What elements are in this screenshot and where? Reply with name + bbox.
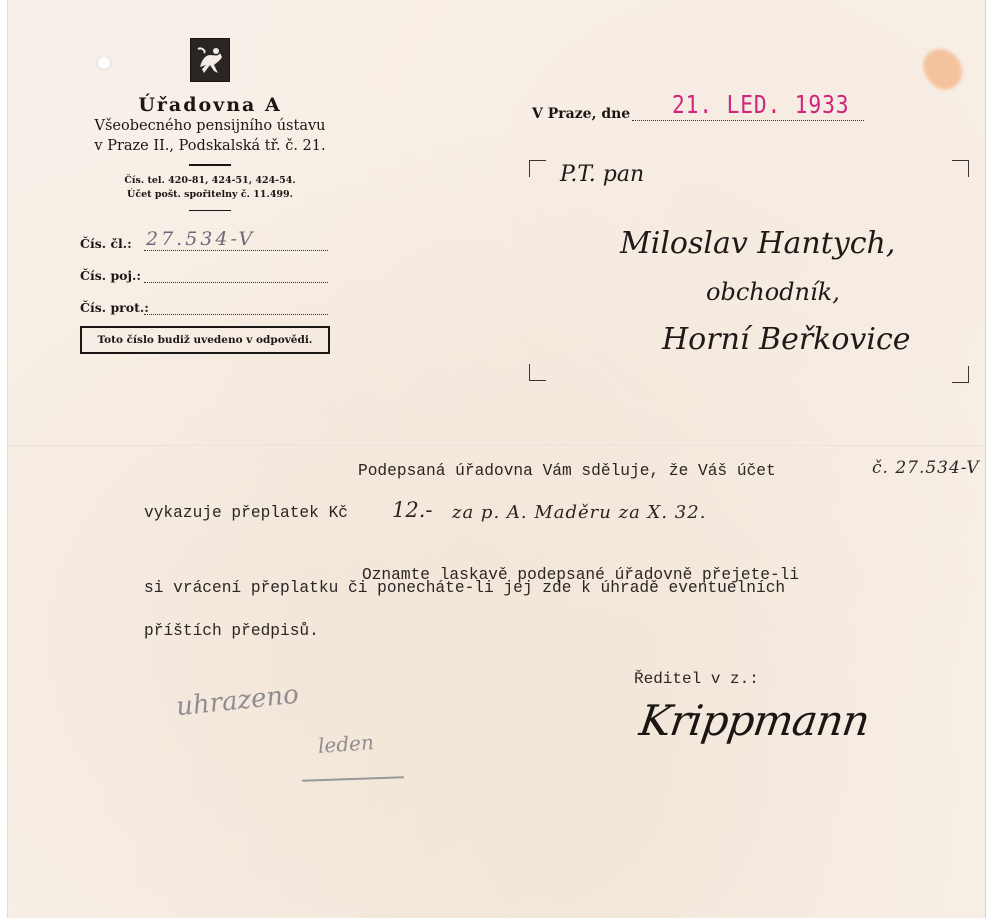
dotted-line [144, 250, 328, 251]
handwritten-amount: 12.- [392, 498, 433, 522]
body-line-5: příštích předpisů. [144, 622, 319, 640]
field-cis-cl: Čís. čl.: 27.534-V [80, 236, 328, 268]
address-corner-top-right [952, 160, 969, 177]
signatory-title: Ředitel v z.: [634, 670, 759, 688]
field-label: Čís. prot.: [80, 300, 149, 315]
office-title: Úřadovna A [60, 94, 360, 116]
address-corner-bottom-right [952, 366, 969, 383]
address-occupation: obchodník, [706, 278, 840, 306]
handwritten-note: za p. A. Maděru za X. 32. [452, 502, 706, 523]
address-corner-top-left [529, 160, 546, 177]
dotted-line [144, 314, 328, 315]
phone-numbers: Čís. tel. 420-81, 424-51, 424-54. [60, 174, 360, 188]
field-label: Čís. poj.: [80, 268, 141, 283]
body-line-2: vykazuje přeplatek Kč [144, 504, 348, 522]
coat-of-arms-lion-icon [190, 38, 230, 82]
paper-fold-line [8, 445, 985, 447]
date-dotted-line [632, 120, 864, 121]
letterhead: Úřadovna A Všeobecného pensijního ústavu… [60, 38, 360, 219]
field-label: Čís. čl.: [80, 236, 132, 251]
place-label: V Praze, dne [532, 106, 630, 122]
address-name: Miloslav Hantych, [620, 226, 895, 261]
pencil-note-month: leden [317, 730, 374, 758]
field-cis-poj: Čís. poj.: [80, 268, 328, 300]
handwritten-account-number: č. 27.534-V [872, 458, 980, 478]
institution-name: Všeobecného pensijního ústavu [60, 116, 360, 136]
reference-fields: Čís. čl.: 27.534-V Čís. poj.: Čís. prot.… [80, 236, 328, 332]
dotted-line [144, 282, 328, 283]
postal-account: Účet pošt. spořitelny č. 11.499. [60, 188, 360, 202]
divider [189, 210, 231, 212]
address-town: Horní Beřkovice [662, 322, 911, 357]
body-line-1: Podepsaná úřadovna Vám sděluje, že Váš ú… [358, 462, 776, 480]
handwritten-value: 27.534-V [146, 228, 255, 250]
reference-note-box: Toto číslo budiž uvedeno v odpovědi. [80, 326, 330, 354]
address-salutation: P.T. pan [560, 162, 644, 187]
address-corner-bottom-left [529, 364, 546, 381]
body-line-4: si vrácení přeplatku či ponecháte-li jej… [144, 579, 785, 597]
divider [189, 164, 231, 166]
signature: Krippmann [637, 696, 873, 745]
date-stamp: 21. LED. 1933 [672, 90, 849, 119]
institution-address: v Praze II., Podskalská tř. č. 21. [60, 136, 360, 156]
